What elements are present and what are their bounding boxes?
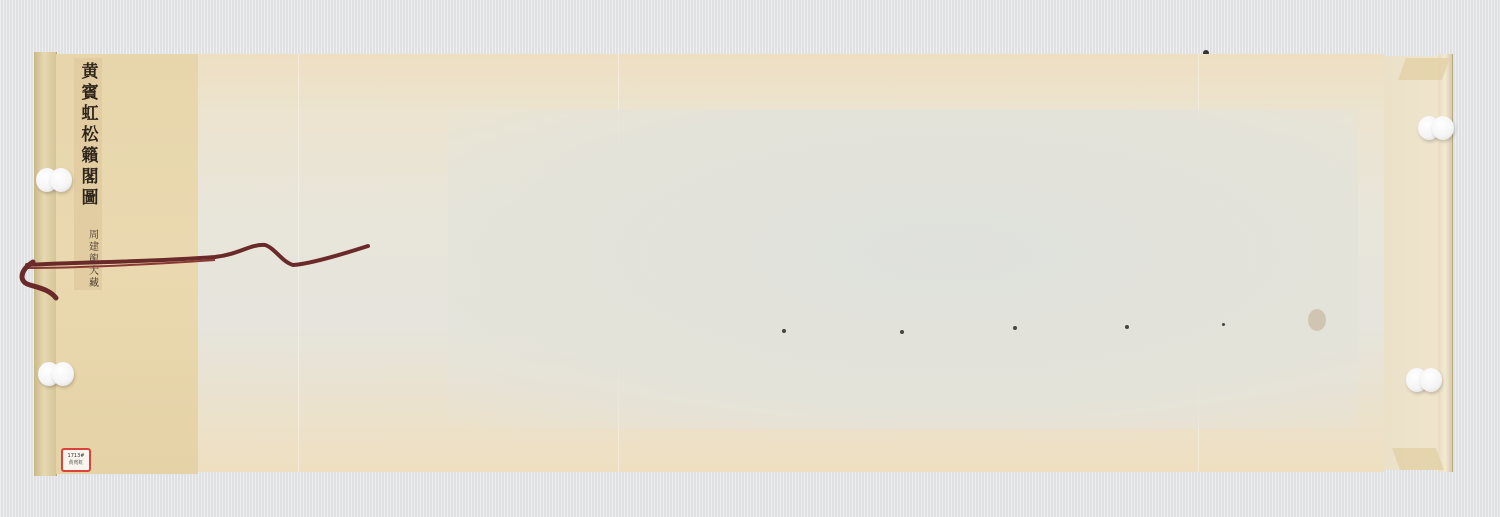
inventory-number: 1713# — [68, 453, 85, 460]
main-mount-panel — [198, 54, 1384, 472]
corner-tab-bottom-right — [1392, 448, 1444, 470]
pinhole — [1013, 326, 1017, 330]
push-pin-bottom-right — [1406, 368, 1446, 394]
inventory-label: 1713# 黄賓虹 — [61, 448, 91, 472]
left-roller-bar — [34, 52, 57, 476]
corner-tab-top-right — [1398, 58, 1450, 80]
hanging-scroll: 黄賓虹松籟閣圖 周建龍大藏 1713# 黄賓虹 — [34, 52, 1454, 476]
scroll-title: 黄賓虹松籟閣圖 — [76, 62, 101, 209]
title-label-strip: 黄賓虹松籟閣圖 周建龍大藏 — [74, 58, 102, 290]
left-brocade-mount: 黄賓虹松籟閣圖 周建龍大藏 — [56, 54, 198, 474]
pinhole — [900, 330, 904, 334]
stain — [1308, 309, 1326, 331]
pinhole — [1125, 325, 1129, 329]
push-pin-top-right — [1418, 116, 1458, 142]
push-pin-bottom-left — [38, 362, 78, 388]
collector-inscription: 周建龍大藏 — [85, 229, 100, 289]
push-pin-top-left — [36, 168, 76, 194]
pinhole — [1222, 323, 1225, 326]
painting-area-backside — [448, 109, 1358, 429]
pinhole — [782, 329, 786, 333]
inventory-name: 黄賓虹 — [68, 460, 83, 467]
